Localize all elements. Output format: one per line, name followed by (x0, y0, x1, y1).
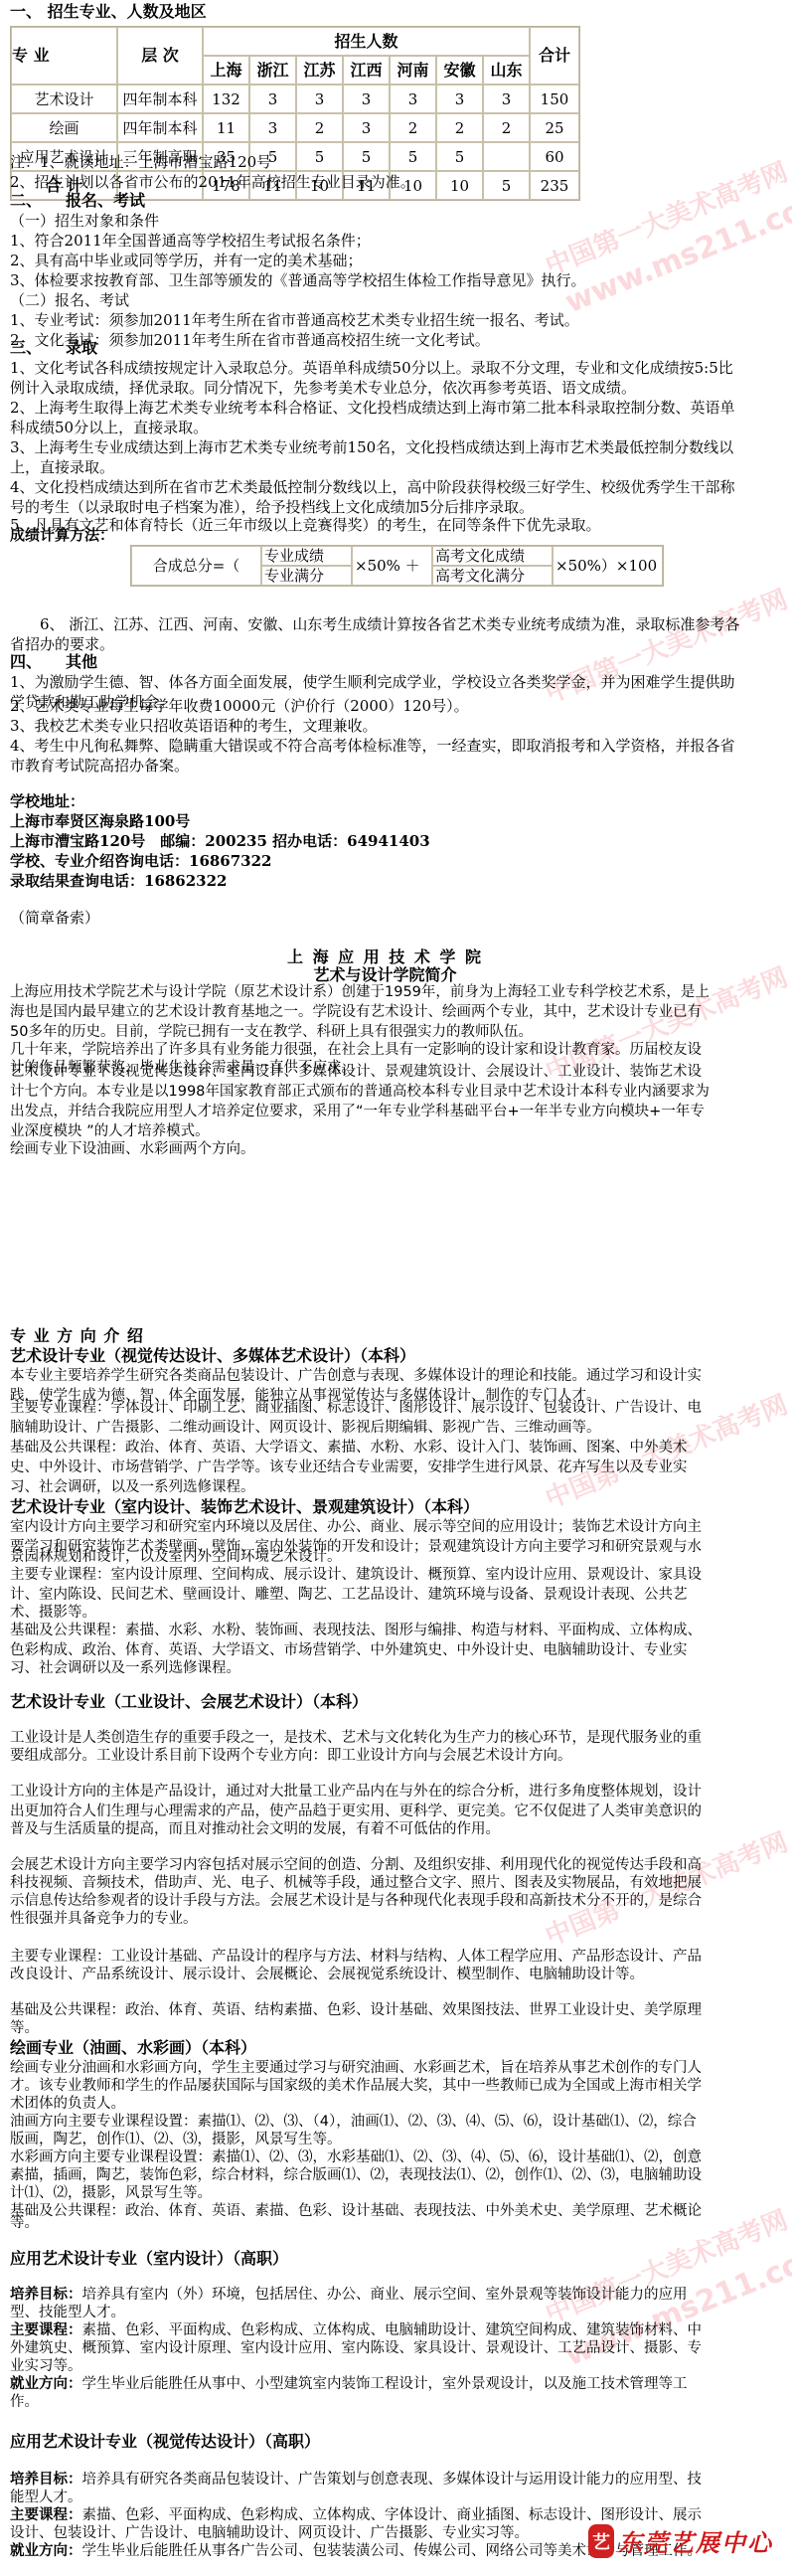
text-line: 才。该专业教师和学生的作品屡获国际与国家级的美术作品展大奖，其中一些教师已成为全… (10, 2076, 702, 2096)
text-line: 1、为激励学生德、智、体各方面全面发展，使学生顺利完成学业，学校设立各类奖学金，… (10, 672, 735, 692)
region-header: 浙江 (249, 56, 296, 85)
text-line: 科技视频、音频技术，借助声、光、电子、机械等手段，通过整合文字、照片、图表及实物… (10, 1873, 702, 1893)
text-line: 计⑴、⑵，摄影，风景写生等。 (10, 2183, 212, 2203)
text-line: 示信息传达给参观者的设计手段与方法。会展艺术设计是与各种现代化表现手段和高新技术… (10, 1891, 702, 1911)
text-line: 例计入录取成绩，择优录取。同分情况下，先参考美术专业总分，依次再参考英语、语文成… (10, 378, 636, 398)
note-line: 注：1、就读地址：上海市漕宝路120号 (10, 152, 271, 172)
value: 培养具有室内（外）环境，包括居住、办公、商业、展示空间、室外景观等装饰设计能力的… (82, 2287, 688, 2303)
text-line: 会展艺术设计方向主要学习内容包括对展示空间的创造、分割、及组织安排、利用现代化的… (10, 1855, 702, 1875)
formula-tail: ×50%）×100 (553, 546, 663, 586)
region-header: 山东 (483, 56, 530, 85)
cell-value: 5 (436, 142, 483, 171)
text-line: 版画，陶艺，创作⑴、⑵、⑶，摄影，风景写生等。 (10, 2130, 342, 2149)
formula-mid: ×50% ＋ (352, 546, 432, 586)
formula-denominator-2: 高考文化满分 (432, 566, 553, 586)
section-4-title: 四、 其他 (10, 652, 97, 672)
address-line: 上海市奉贤区海泉路100号 (10, 811, 190, 831)
cell-level: 四年制本科 (117, 85, 203, 113)
text-line: 术、摄影等。 (10, 1603, 96, 1623)
cell-value: 5 (343, 142, 390, 171)
text-line: 业深度模块 ”的人才培养模式。 (10, 1121, 210, 1141)
cell-value: 3 (249, 85, 296, 113)
text-line: 业实习等。 (10, 2356, 82, 2376)
value: 素描、色彩、平面构成、色彩构成、立体构成、电脑辅助设计、建筑空间构成、建筑装饰材… (82, 2322, 703, 2338)
text-line: 培养目标：培养具有研究各类商品包装设计、广告策划与创意表现、多媒体设计与运用设计… (10, 2470, 702, 2490)
text-line: 4、文化投档成绩达到所在省市艺术类最低控制分数线以上，高中阶段获得校级三好学生、… (10, 477, 735, 497)
text-line: 2、艺术类专业每生每学年收费10000元（沪价行（2000）120号）。 (10, 696, 469, 716)
text-line: 习、社会调研以及一系列选修课程。 (10, 1658, 240, 1678)
col-count-header: 招生人数 (203, 27, 530, 56)
major-title: 绘画专业（油画、水彩画）（本科） (10, 2038, 256, 2058)
cell-value: 3 (343, 113, 390, 142)
subheading: （一）招生对象和条件 (10, 211, 159, 231)
text-line: 水彩画方向主要专业课程设置：素描⑴、⑵、⑶，水彩基础⑴、⑵、⑶、⑷、⑸、⑹，设计… (10, 2147, 702, 2167)
formula-lead: 合成总分=（ (131, 546, 261, 586)
col-total-header: 合计 (530, 27, 579, 85)
text-line: 绘画专业分油画和水彩画方向，学生主要通过学习与研究油画、水彩画艺术，旨在培养从事… (10, 2058, 702, 2078)
list-item: 2、具有高中毕业或同等学历，并有一定的美术基础； (10, 251, 363, 270)
text-line: 外建筑史、概预算、室内设计原理、室内设计应用、室内陈设、家具设计、景观设计、工艺… (10, 2338, 702, 2358)
table-row: 艺术设计 四年制本科 132 3 3 3 3 3 3 150 (11, 85, 579, 113)
text-line: 术团体的负责人。 (10, 2094, 125, 2114)
major-title: 应用艺术设计专业（室内设计）（高职） (10, 2249, 288, 2269)
text-line: 性很强并具备竞争力的专业。 (10, 1909, 198, 1929)
formula-title: 成绩计算方法： (10, 525, 114, 545)
cell-value: 2 (436, 113, 483, 142)
text-line: 培养目标：培养具有室内（外）环境，包括居住、办公、商业、展示空间、室外景观等装饰… (10, 2285, 688, 2305)
cell-value: 2 (296, 113, 343, 142)
section-1-title: 一、 招生专业、人数及地区 (10, 2, 207, 22)
col-major-header: 专 业 (11, 27, 117, 85)
logo-text: 东莞艺展中心 (618, 2523, 773, 2558)
cell-total: 60 (530, 142, 579, 171)
text-line: 几十年来，学院培养出了许多具有业务能力很强，在社会上具有一定影响的设计家和设计教… (10, 1040, 702, 1060)
cell-value: 2 (483, 113, 530, 142)
cell-level: 四年制本科 (117, 113, 203, 142)
label: 培养目标： (10, 2287, 82, 2303)
col-level-header: 层 次 (117, 27, 203, 85)
text-line: 4、考生中凡徇私舞弊、隐瞒重大错误或不符合高考体检标准等，一经查实，即取消报考和… (10, 736, 735, 756)
text-line: 基础及公共课程：素描、水彩、水粉、装饰画、表现技法、图形与编排、构造与材料、平面… (10, 1621, 702, 1640)
text-line: 出更加符合人们生理与心理需求的产品，使产品趋于更实用、更科学、更完美。它不仅促进… (10, 1802, 702, 1821)
cell-major: 绘画 (11, 113, 117, 142)
label: 就业方向： (10, 2543, 82, 2559)
value: 学生毕业后能胜任从事中、小型建筑室内装饰工程设计，室外景观设计，以及施工技术管理… (82, 2376, 688, 2392)
note-line: 2、招生计划以各省市公布的2011年高校招生专业目录为准。 (10, 172, 415, 192)
text-line: 油画方向主要专业课程设置：素描⑴、⑵、⑶、（4），油画⑴、⑵、⑶、⑷、⑸、⑹，设… (10, 2112, 697, 2132)
text-line: 3、我校艺术类专业只招收英语语种的考生，文理兼收。 (10, 716, 378, 736)
list-item: 1、符合2011年全国普通高等学校招生考试报名条件； (10, 231, 371, 251)
label: 主要课程： (10, 2322, 82, 2338)
table-row: 绘画 四年制本科 11 3 2 3 2 2 2 25 (11, 113, 579, 142)
subheading: （二）报名、考试 (10, 290, 129, 310)
cell-value: 5 (390, 142, 436, 171)
address-line: 上海市漕宝路120号 邮编：200235 招办电话：64941403 (10, 831, 430, 851)
value: 培养具有研究各类商品包装设计、广告策划与创意表现、多媒体设计与运用设计能力的应用… (82, 2472, 703, 2488)
text-line: 主要专业课程：室内设计原理、空间构成、展示设计、建筑设计、概预算、室内设计应用、… (10, 1565, 702, 1585)
region-header: 江苏 (296, 56, 343, 85)
formula-numerator-1: 专业成绩 (261, 546, 352, 566)
text-line: 基础及公共课程：政治、体育、英语、结构素描、色彩、设计基础、效果图技法、世界工业… (10, 2000, 702, 2020)
text-line: 科成绩50分以上，直接录取。 (10, 418, 208, 437)
cell-value: 11 (203, 113, 249, 142)
text-line: 脑辅助设计、广告摄影、二维动画设计、网页设计、影视后期编辑、影视广告、三维动画等… (10, 1418, 601, 1438)
watermark-url: www.ms211.com (560, 182, 792, 320)
text-line: 主要专业课程：工业设计基础、产品设计的程序与方法、材料与结构、人体工程学应用、产… (10, 1947, 702, 1967)
label: 就业方向： (10, 2376, 82, 2392)
text-line: 50多年的历史。目前，学院已拥有一支在教学、科研上具有很强实力的教师队伍。 (10, 1022, 533, 1042)
cell-value: 2 (390, 113, 436, 142)
text-line: 1、文化考试各科成绩按规定计入录取总分。英语单科成绩50分以上。录取不分文理，专… (10, 358, 733, 378)
phone-line: 录取结果查询电话：16862322 (10, 871, 228, 891)
text-line: 改良设计、产品系统设计、展示设计、会展概论、会展视觉系统设计、模型制作、电脑辅助… (10, 1965, 644, 1984)
cell-value: 132 (203, 85, 249, 113)
formula-denominator-1: 专业满分 (261, 566, 352, 586)
text-line: 主要专业课程：字体设计、印刷工艺、商业插图、标志设计、图形设计、展示设计、包装设… (10, 1398, 702, 1418)
text-line: 省招办的要求。 (10, 634, 114, 654)
list-item: 1、专业考试：须参加2011年考生所在省市普通高校艺术类专业招生统一报名、考试。 (10, 310, 579, 330)
text-line: 普及与生活质量的提高，而且对推动社会文明的发展，有着不可低估的作用。 (10, 1819, 500, 1839)
text-line: 要组成部分。工业设计系目前下设两个专业方向：即工业设计方向与会展艺术设计方向。 (10, 1746, 572, 1766)
cell-value: 3 (436, 85, 483, 113)
text-line: 作。 (10, 2392, 39, 2412)
major-title: 应用艺术设计专业（视觉传达设计）（高职） (10, 2432, 320, 2452)
region-header: 上海 (203, 56, 249, 85)
text-line: 主要课程：素描、色彩、平面构成、色彩构成、立体构成、字体设计、商业插图、标志设计… (10, 2505, 702, 2525)
text-line: 上海应用技术学院艺术与设计学院（原艺术设计系）创建于1959年，前身为上海轻工业… (10, 982, 710, 1002)
text-line: 市教育考试院高招办备案。 (10, 756, 189, 775)
text-line: 6、 浙江、江苏、江西、河南、安徽、山东考生成绩计算按各省艺术类专业统考成绩为准… (10, 614, 739, 634)
cell-value: 3 (249, 113, 296, 142)
cell-value: 5 (296, 142, 343, 171)
cell-value: 3 (483, 85, 530, 113)
formula-numerator-2: 高考文化成绩 (432, 546, 553, 566)
text-line: 本专业主要培养学生研究各类商品包装设计、广告创意与表现、多媒体设计的理论和技能。… (10, 1366, 702, 1386)
text-line: 素描，插画，陶艺，装饰色彩，综合材料，综合版画⑴、⑵，表现技法⑴、⑵，创作⑴、⑵… (10, 2165, 702, 2185)
text-line: 室内设计方向主要学习和研究室内环境以及居住、办公、商业、展示等空间的应用设计；装… (10, 1517, 702, 1537)
brochure-note: （简章备索） (10, 908, 99, 928)
value: 素描、色彩、平面构成、色彩构成、立体构成、字体设计、商业插图、标志设计、图形设计… (82, 2507, 703, 2523)
label: 主要课程： (10, 2507, 82, 2523)
major-title: 艺术设计专业（工业设计、会展艺术设计）（本科） (10, 1692, 368, 1712)
text-line: 就业方向：学生毕业后能胜任从事中、小型建筑室内装饰工程设计，室外景观设计，以及施… (10, 2374, 688, 2394)
text-line: 计七个方向。本专业是以1998年国家教育部正式颁布的普通高校本科专业目录中艺术设… (10, 1082, 710, 1102)
region-header: 河南 (390, 56, 436, 85)
cell-value: 10 (436, 171, 483, 200)
region-header: 安徽 (436, 56, 483, 85)
text-line: 设计、包装设计、广告设计、电脑辅助设计、网页设计、广告摄影、专业实习等。 (10, 2523, 529, 2543)
text-line: 型、技能型人才。 (10, 2303, 125, 2322)
text-line: 计、室内陈设、民间艺术、壁画设计、雕塑、陶艺、工艺品设计、建筑环境与设备、景观设… (10, 1585, 688, 1605)
text-line: 基础及公共课程：政治、体育、英语、素描、色彩、设计基础、表现技法、中外美术史、美… (10, 2201, 702, 2221)
seal-icon: 艺 (588, 2524, 614, 2558)
text-line: 出发点，并结合我院应用型人才培养定位要求，采用了“一年专业学科基础平台+一年半专… (10, 1102, 705, 1121)
address-title: 学校地址： (10, 791, 84, 811)
label: 培养目标： (10, 2472, 82, 2488)
text-line: 绘画专业下设油画、水彩画两个方向。 (10, 1139, 255, 1159)
text-line: 能型人才。 (10, 2488, 82, 2507)
text-line: 景园林规划和设计，以及室内外空间环境艺术设计。 (10, 1547, 342, 1567)
cell-value: 3 (343, 85, 390, 113)
cell-value: 3 (390, 85, 436, 113)
text-line: 习、社会调研，以及一系列选修课程。 (10, 1477, 255, 1497)
text-line: 上，直接录取。 (10, 457, 114, 477)
text-line: 色彩构成、政治、体育、英语、大学语文、市场营销学、中外建筑史、中外设计史、电脑辅… (10, 1640, 688, 1660)
major-title: 艺术设计专业（视觉传达设计、多媒体艺术设计）（本科） (10, 1346, 415, 1366)
text-line: 等。 (10, 2213, 39, 2233)
cell-value (483, 142, 530, 171)
text-line: 2、上海考生取得上海艺术类专业统考本科合格证、文化投档成绩达到上海市第二批本科录… (10, 398, 735, 418)
majors-title: 专 业 方 向 介 绍 (10, 1326, 144, 1346)
text-line: 史、中外设计、市场营销学、广告学等。该专业还结合专业需要，安排学生进行风景、花卉… (10, 1458, 688, 1477)
text-line: 主要课程：素描、色彩、平面构成、色彩构成、立体构成、电脑辅助设计、建筑空间构成、… (10, 2320, 702, 2340)
cell-value: 3 (296, 85, 343, 113)
text-line: 3、上海考生专业成绩达到上海市艺术类专业统考前150名，文化投档成绩达到上海市艺… (10, 437, 733, 457)
cell-total: 25 (530, 113, 579, 142)
text-line: 艺术设计专业下设视觉传达设计、室内设计、多媒体设计、景观建筑设计、会展设计、工业… (10, 1062, 702, 1082)
text-line: 号的考生（以录取时电子档案为准），给予投档线上文化成绩加5分后排序录取。 (10, 497, 534, 517)
phone-line: 学校、专业介绍咨询电话：16867322 (10, 851, 272, 871)
cell-total: 150 (530, 85, 579, 113)
text-line: 海也是国内最早建立的艺术设计教育基地之一。学院设有艺术设计、绘画两个专业，其中，… (10, 1002, 702, 1022)
text-line: 工业设计是人类创造生存的重要手段之一，是技术、艺术与文化转化为生产力的核心环节，… (10, 1728, 702, 1748)
section-2-title: 二、 报名、考试 (10, 191, 145, 211)
region-header: 江西 (343, 56, 390, 85)
major-title: 艺术设计专业（室内设计、装饰艺术设计、景观建筑设计）（本科） (10, 1497, 479, 1517)
section-3-title: 三、 录取 (10, 338, 97, 358)
cell-major: 艺术设计 (11, 85, 117, 113)
text-line: 等。 (10, 2018, 39, 2038)
score-formula: 合成总分=（ 专业成绩 ×50% ＋ 高考文化成绩 ×50%）×100 专业满分… (130, 545, 664, 587)
site-logo: 艺 东莞艺展中心 (588, 2523, 773, 2558)
text-line: 工业设计方向的主体是产品设计，通过对大批量工业产品内在与外在的综合分析，进行多角… (10, 1782, 702, 1802)
cell-total: 235 (530, 171, 579, 200)
list-item: 3、体检要求按教育部、卫生部等颁发的《普通高等学校招生体检工作指导意见》执行。 (10, 270, 586, 290)
cell-value: 5 (483, 171, 530, 200)
text-line: 基础及公共课程：政治、体育、英语、大学语文、素描、水粉、水彩、设计入门、装饰画、… (10, 1438, 688, 1458)
